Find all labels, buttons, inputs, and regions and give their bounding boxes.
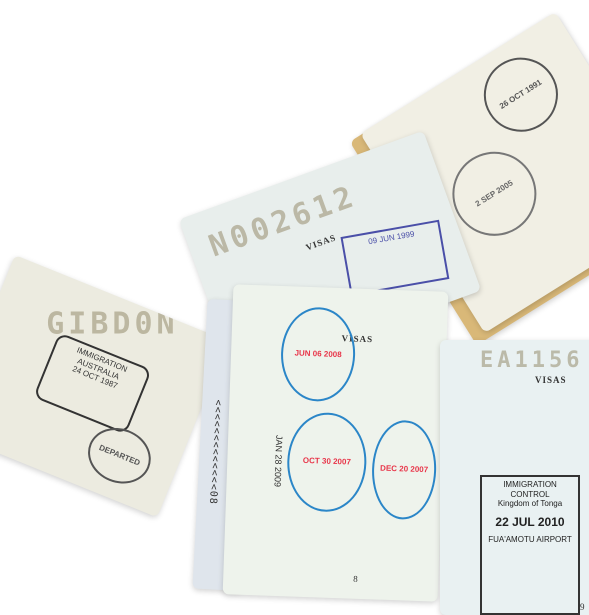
passport-front-page-right: EA1156 VISAS IMMIGRATION CONTROL Kingdom… (440, 340, 589, 615)
mrz-line: <<<<<<<<<<<<<08 (207, 399, 223, 505)
perforation-number: N002612 (204, 179, 361, 265)
stamp-us-admitted-2: OCT 30 2007 (286, 411, 368, 513)
handwritten-date: JAN 28 2009 (272, 435, 284, 487)
visas-label: VISAS (535, 375, 567, 385)
visas-label: VISAS (304, 232, 337, 252)
perforation-number: EA1156 (480, 348, 583, 373)
stamp-us-admitted-1: JUN 06 2008 (279, 306, 356, 403)
stamp-us-admitted-3: DEC 20 2007 (370, 419, 437, 520)
stamp-ethnic-affairs: 26 OCT 1991 (470, 44, 572, 146)
page-number: 9 (580, 602, 585, 612)
stamp-departed: DEPARTED (80, 419, 160, 493)
passport-left-page: GIBD0N IMMIGRATION AUSTRALIA 24 OCT 1987… (0, 255, 228, 517)
passport-front-page-left: VISAS JUN 06 2008 OCT 30 2007 DEC 20 200… (223, 284, 449, 601)
stamp-triangle-visa: 09 JUN 1999 (340, 220, 449, 296)
stamp-immigration-australia-rect: IMMIGRATION AUSTRALIA 24 OCT 1987 (33, 332, 152, 434)
page-number: 8 (353, 574, 358, 584)
stamp-tonga-immigration: IMMIGRATION CONTROL Kingdom of Tonga 22 … (480, 475, 580, 615)
